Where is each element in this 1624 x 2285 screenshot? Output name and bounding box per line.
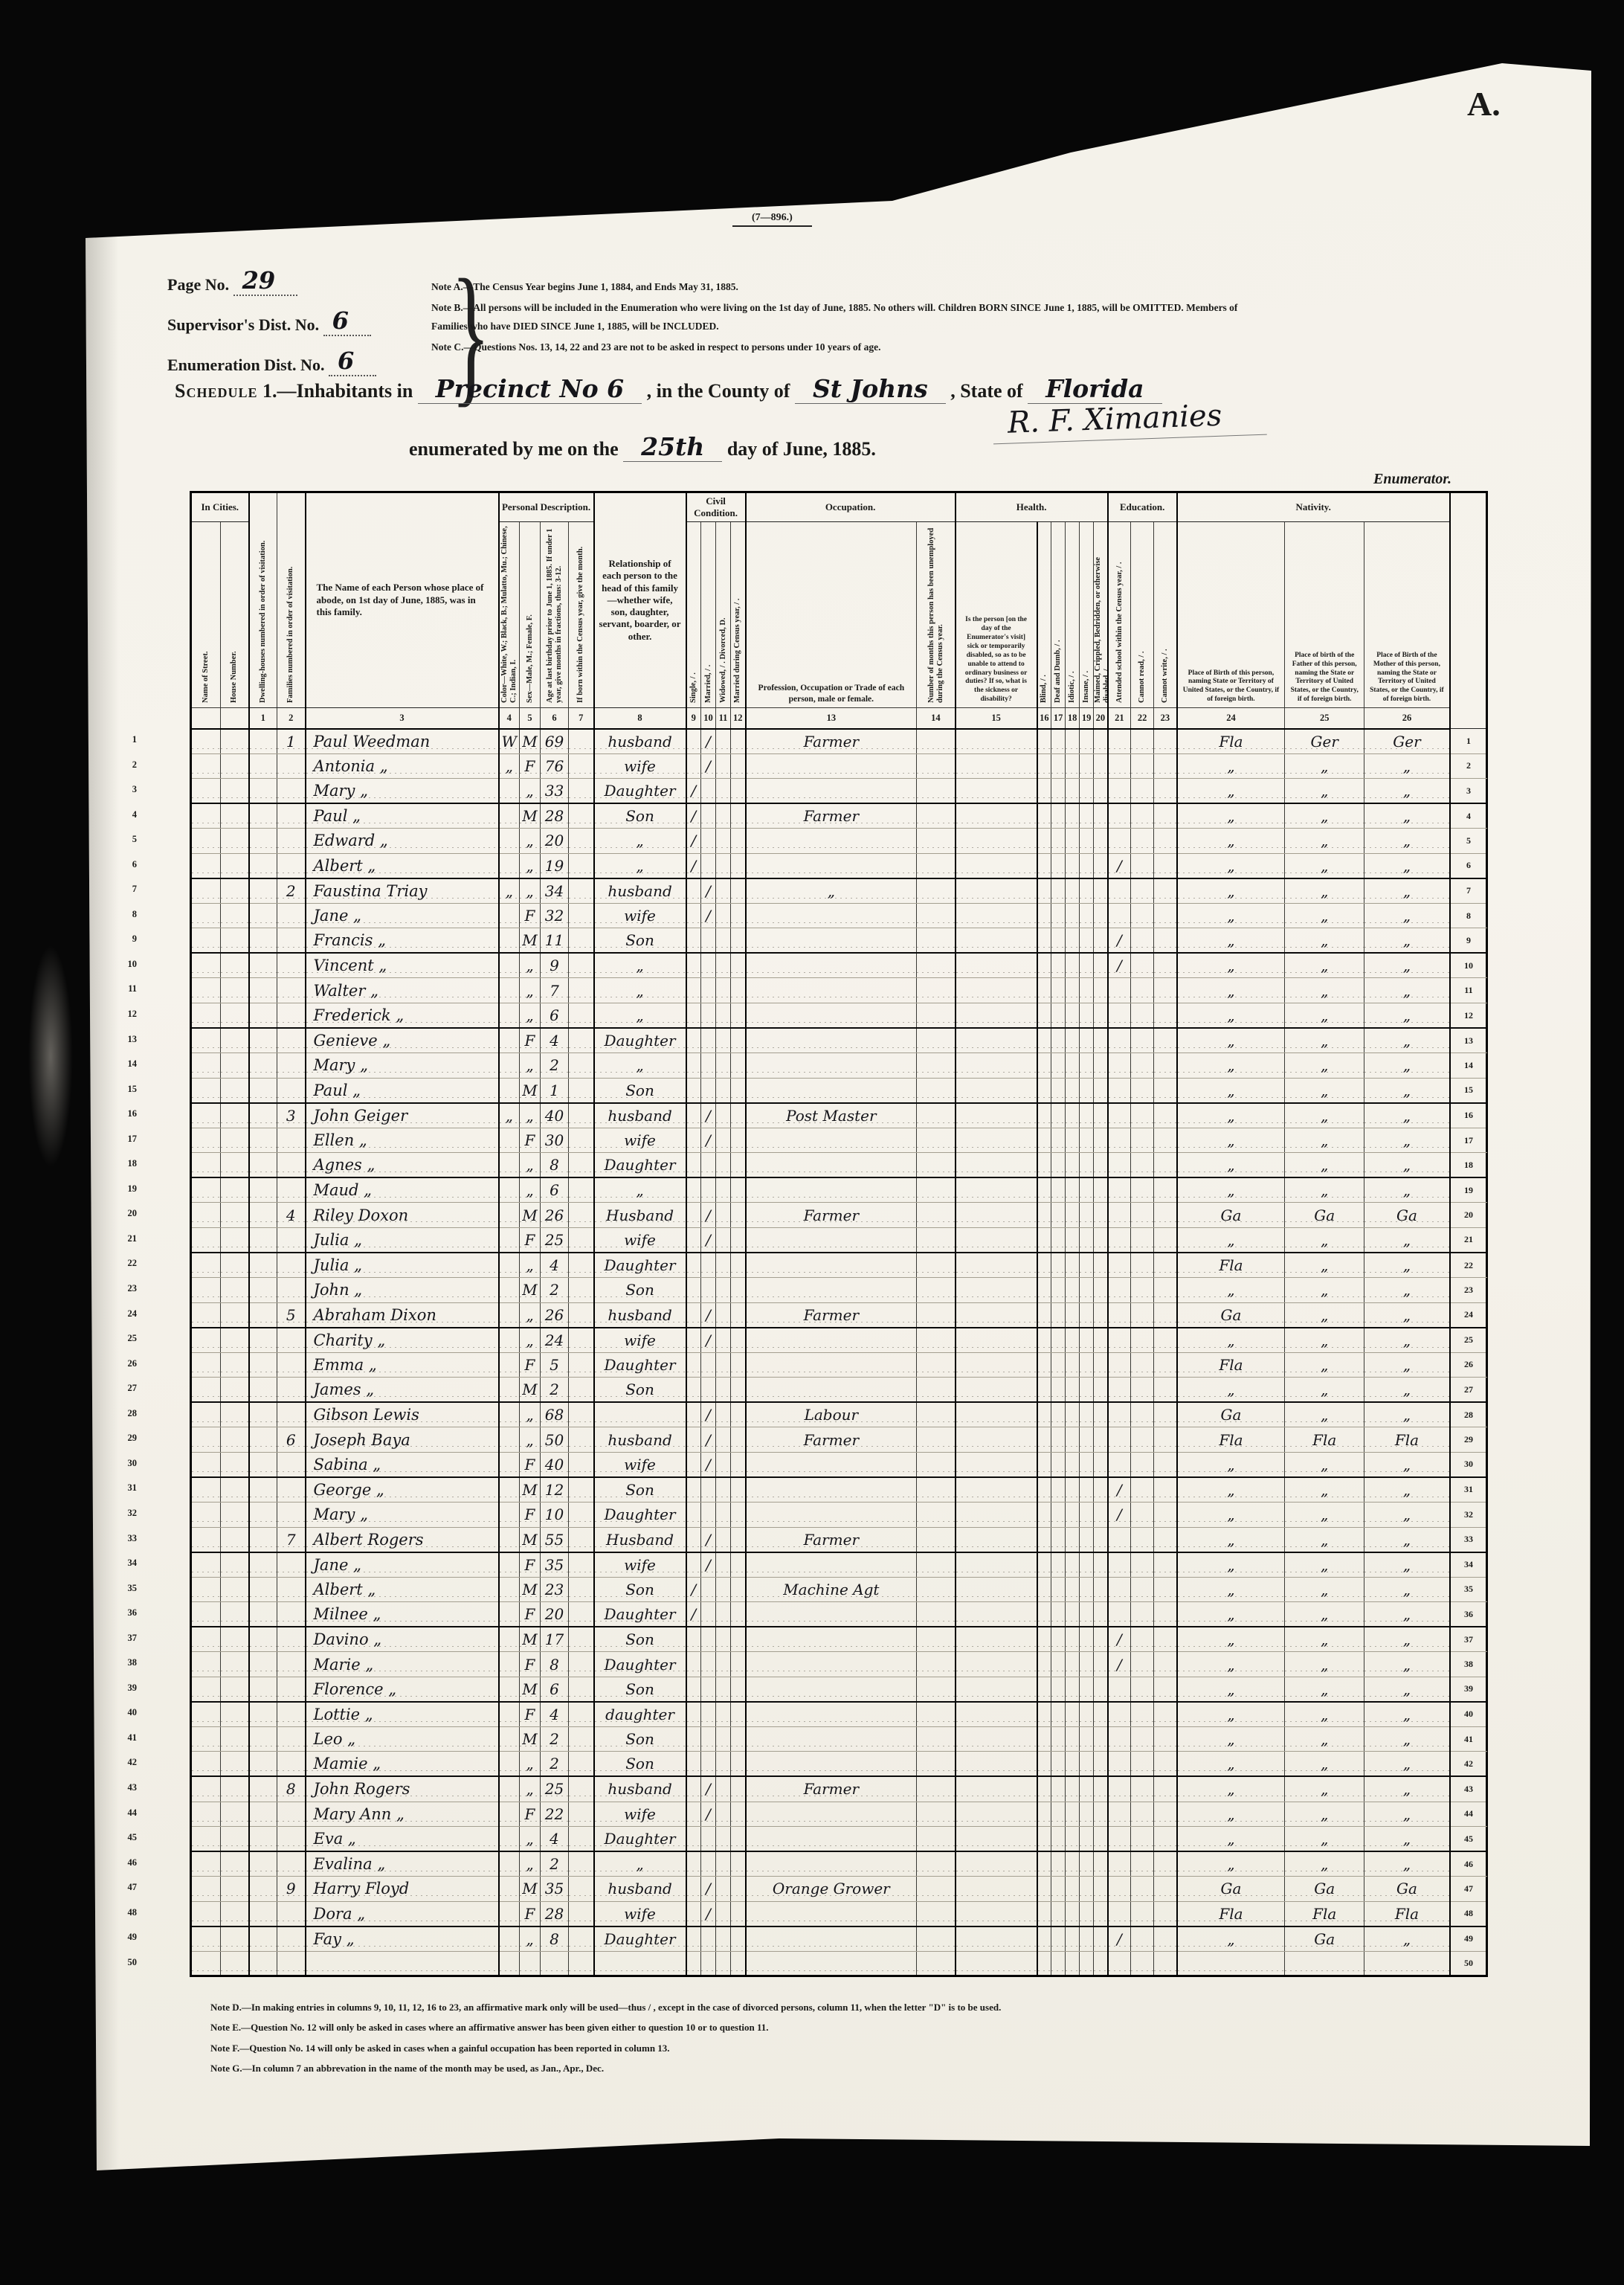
cell-birthplace-mother: „ [1364,1253,1450,1278]
cell-attended-school-mark: / [1108,1926,1131,1952]
cell-idiotic-mark [1066,1527,1080,1552]
cell-relationship: Husband [594,1527,686,1552]
cell-family-number [277,1328,306,1353]
cell-birthplace-mother: „ [1364,953,1450,978]
row-number: 50 [1450,1951,1487,1976]
col-dwelling-header: Dwelling-houses numbered in order of vis… [249,492,277,708]
cell-single-mark [686,1203,701,1228]
cell-birthplace-mother: „ [1364,1328,1450,1353]
cell-idiotic-mark [1066,1951,1080,1976]
cell-married-mark [701,1602,716,1627]
cell-unemployed-months [917,1602,956,1627]
cell-blind-mark [1037,1452,1051,1477]
cell-married-mark: / [701,1527,716,1552]
cell-sex: F [520,1702,541,1727]
cell-insane-mark [1080,953,1094,978]
cell-maimed-mark [1094,1227,1108,1253]
row-number: 18 [1450,1153,1487,1178]
cell-birthplace-mother: „ [1364,853,1450,878]
enumeration-date-label: day of June, 1885. [727,438,876,460]
cell-maimed-mark [1094,1078,1108,1103]
cell-person-name: Albert Rogers [306,1527,499,1552]
cell-deaf-mark [1051,878,1066,904]
cell-birthplace-mother: „ [1364,903,1450,928]
cell-married-mark: / [701,903,716,928]
state-value: Florida [1028,374,1161,404]
cell-birthplace-mother: „ [1364,1028,1450,1053]
cell-cannot-write-mark [1154,1177,1177,1203]
row-number: 19 [112,1177,137,1202]
cell-street [191,1203,221,1228]
cell-age: 2 [541,1053,569,1079]
cell-married-mark [701,853,716,878]
cell-occupation [746,1227,917,1253]
cell-unemployed-months [917,903,956,928]
table-row: Antonia „„F76wife/„„„2 [191,753,1487,779]
row-number: 5 [1450,829,1487,854]
cell-idiotic-mark [1066,803,1080,829]
cell-person-name: Paul „ [306,803,499,829]
cell-idiotic-mark [1066,1776,1080,1802]
cell-family-number [277,853,306,878]
cell-sickness [956,1577,1037,1602]
cell-house-number [221,1877,249,1902]
cell-insane-mark [1080,1452,1094,1477]
cell-cannot-write-mark [1154,1477,1177,1503]
cell-birthplace-father: Fla [1285,1427,1364,1453]
cell-married-in-year-mark [731,1602,746,1627]
cell-blind-mark [1037,1552,1051,1578]
cell-birthplace-father: „ [1285,1153,1364,1178]
cell-maimed-mark [1094,1901,1108,1926]
cell-cannot-write-mark [1154,1502,1177,1527]
cell-blind-mark [1037,1278,1051,1303]
cell-insane-mark [1080,1028,1094,1053]
cell-married-mark [701,1502,716,1527]
cell-widowed-mark [716,878,731,904]
cell-married-mark [701,1677,716,1702]
cell-deaf-mark [1051,1053,1066,1079]
row-number: 23 [1450,1278,1487,1303]
cell-birth-month [569,1802,594,1827]
cell-age: 33 [541,779,569,804]
cell-sickness [956,1702,1037,1727]
cell-blind-mark [1037,1328,1051,1353]
cell-widowed-mark [716,1877,731,1902]
cell-attended-school-mark [1108,1877,1131,1902]
cell-married-mark [701,1153,716,1178]
cell-birthplace-person: „ [1177,1003,1285,1029]
table-row: Gibson Lewis„68/LabourGa„„28 [191,1402,1487,1427]
cell-relationship: Daughter [594,1827,686,1852]
cell-street [191,1926,221,1952]
cell-widowed-mark [716,1328,731,1353]
cell-occupation [746,953,917,978]
cell-family-number [277,1128,306,1153]
cell-age: 6 [541,1003,569,1029]
cell-unemployed-months [917,1402,956,1427]
row-number: 2 [1450,753,1487,779]
cell-sex: F [520,1352,541,1378]
census-table: In Cities. Dwelling-houses numbered in o… [190,491,1488,1977]
cell-relationship: „ [594,978,686,1003]
cell-color [499,1577,520,1602]
cell-blind-mark [1037,1427,1051,1453]
cell-maimed-mark [1094,729,1108,754]
cell-birthplace-person: „ [1177,1702,1285,1727]
cell-single-mark: / [686,829,701,854]
cell-relationship: Son [594,1577,686,1602]
cell-birthplace-father: „ [1285,1053,1364,1079]
row-number: 26 [112,1352,137,1377]
cell-street [191,1901,221,1926]
cell-maimed-mark [1094,1253,1108,1278]
cell-age: 68 [541,1402,569,1427]
cell-relationship: „ [594,829,686,854]
cell-maimed-mark [1094,779,1108,804]
cell-dwelling-number [249,753,277,779]
cell-birthplace-mother: „ [1364,1003,1450,1029]
cell-idiotic-mark [1066,953,1080,978]
cell-sickness [956,1177,1037,1203]
cell-deaf-mark [1051,903,1066,928]
cell-birthplace-person: „ [1177,1477,1285,1503]
cell-cannot-write-mark [1154,1752,1177,1777]
cell-cannot-write-mark [1154,1078,1177,1103]
cell-cannot-write-mark [1154,978,1177,1003]
cell-birthplace-father [1285,1951,1364,1976]
cell-birthplace-mother: „ [1364,1577,1450,1602]
cell-birthplace-person: „ [1177,1827,1285,1852]
cell-unemployed-months [917,1702,956,1727]
col-widowed-header: Widowed, / . Divorced, D. [716,522,731,708]
cell-occupation [746,1477,917,1503]
cell-blind-mark [1037,1627,1051,1652]
col-sickness-header: Is the person [on the day of the Enumera… [956,522,1037,708]
cell-maimed-mark [1094,1877,1108,1902]
cell-sex: M [520,1203,541,1228]
cell-house-number [221,1477,249,1503]
column-number: 5 [520,708,541,729]
cell-color [499,1053,520,1079]
cell-widowed-mark [716,803,731,829]
cell-dwelling-number [249,1677,277,1702]
cell-insane-mark [1080,1278,1094,1303]
cell-idiotic-mark [1066,1926,1080,1952]
cell-house-number [221,1203,249,1228]
cell-sickness [956,928,1037,954]
cell-married-mark [701,1951,716,1976]
cell-sex: F [520,1602,541,1627]
cell-insane-mark [1080,1128,1094,1153]
cell-single-mark [686,1802,701,1827]
cell-color: W [499,729,520,754]
cell-birth-month [569,1253,594,1278]
table-row: Paul „M28Son/Farmer„„„4 [191,803,1487,829]
cell-birthplace-person: „ [1177,1078,1285,1103]
cell-cannot-write-mark [1154,1402,1177,1427]
cell-maimed-mark [1094,1726,1108,1752]
cell-dwelling-number [249,1103,277,1128]
cell-unemployed-months [917,1901,956,1926]
cell-street [191,1278,221,1303]
table-row: Mary „F10Daughter/„„„32 [191,1502,1487,1527]
row-number: 33 [112,1526,137,1552]
cell-sickness [956,1752,1037,1777]
cell-birthplace-person: „ [1177,1153,1285,1178]
cell-birthplace-father: „ [1285,1402,1364,1427]
col-birthplace-father-header: Place of birth of the Father of this per… [1285,522,1364,708]
cell-house-number [221,1552,249,1578]
cell-maimed-mark [1094,1926,1108,1952]
cell-maimed-mark [1094,829,1108,854]
cell-attended-school-mark: / [1108,928,1131,954]
cell-maimed-mark [1094,853,1108,878]
cell-birth-month [569,1827,594,1852]
cell-widowed-mark [716,1602,731,1627]
cell-relationship: husband [594,1103,686,1128]
cell-insane-mark [1080,978,1094,1003]
group-civil-condition: Civil Condition. [686,492,746,522]
cell-insane-mark [1080,1752,1094,1777]
cell-attended-school-mark [1108,1527,1131,1552]
cell-person-name: Evalina „ [306,1851,499,1877]
cell-deaf-mark [1051,1527,1066,1552]
cell-house-number [221,1452,249,1477]
cell-age: 32 [541,903,569,928]
cell-birth-month [569,1627,594,1652]
cell-blind-mark [1037,1003,1051,1029]
cell-widowed-mark [716,1726,731,1752]
cell-widowed-mark [716,829,731,854]
cell-unemployed-months [917,1502,956,1527]
cell-attended-school-mark: / [1108,1652,1131,1677]
cell-blind-mark [1037,753,1051,779]
cell-relationship: Son [594,1627,686,1652]
cell-blind-mark [1037,1153,1051,1178]
table-row: Florence „M6Son„„„39 [191,1677,1487,1702]
cell-sex: M [520,1577,541,1602]
cell-family-number [277,1402,306,1427]
cell-widowed-mark [716,1851,731,1877]
cell-birthplace-father: „ [1285,1702,1364,1727]
column-number: 7 [569,708,594,729]
row-number: 30 [112,1451,137,1476]
cell-cannot-write-mark [1154,1003,1177,1029]
table-row: 2Faustina Triay„„34husband/„„„„7 [191,878,1487,904]
cell-idiotic-mark [1066,1302,1080,1328]
cell-deaf-mark [1051,928,1066,954]
cell-family-number [277,803,306,829]
cell-relationship: Daughter [594,1028,686,1053]
row-number: 29 [112,1426,137,1451]
cell-sickness [956,1627,1037,1652]
cell-cannot-write-mark [1154,1827,1177,1852]
cell-birthplace-person: „ [1177,878,1285,904]
cell-insane-mark [1080,928,1094,954]
header-notes: Note A.—The Census Year begins June 1, 1… [431,277,1257,359]
cell-widowed-mark [716,729,731,754]
cell-unemployed-months [917,1328,956,1353]
cell-relationship: Daughter [594,1652,686,1677]
cell-birth-month [569,1951,594,1976]
cell-birth-month [569,1901,594,1926]
cell-birthplace-person: „ [1177,1053,1285,1079]
row-number: 16 [112,1102,137,1127]
row-numbers-left: 1234567891011121314151617181920212223242… [112,727,137,1975]
cell-attended-school-mark [1108,1726,1131,1752]
cell-attended-school-mark [1108,1128,1131,1153]
cell-color [499,1502,520,1527]
cell-sickness [956,1328,1037,1353]
table-row: 6Joseph Baya„50husband/FarmerFlaFlaFla29 [191,1427,1487,1453]
cell-deaf-mark [1051,1802,1066,1827]
cell-idiotic-mark [1066,1677,1080,1702]
cell-birthplace-mother: „ [1364,753,1450,779]
cell-dwelling-number [249,1153,277,1178]
cell-birthplace-mother: Fla [1364,1901,1450,1926]
row-number: 13 [112,1027,137,1052]
cell-birthplace-person: „ [1177,1726,1285,1752]
cell-occupation [746,1726,917,1752]
col-street-header: Name of Street. [191,522,221,708]
row-number: 34 [1450,1552,1487,1578]
cell-married-mark: / [701,1402,716,1427]
cell-cannot-read-mark [1131,1203,1154,1228]
table-row: Milnee „F20Daughter/„„„36 [191,1602,1487,1627]
column-number: 14 [917,708,956,729]
cell-sex: M [520,1627,541,1652]
cell-relationship: Daughter [594,1926,686,1952]
cell-street [191,1427,221,1453]
cell-unemployed-months [917,1652,956,1677]
cell-insane-mark [1080,1253,1094,1278]
cell-sickness [956,1227,1037,1253]
county-label: , in the County of [647,380,790,402]
cell-birthplace-person: „ [1177,1652,1285,1677]
cell-street [191,1652,221,1677]
cell-relationship: husband [594,878,686,904]
row-number: 15 [112,1077,137,1102]
cell-family-number [277,1726,306,1752]
cell-unemployed-months [917,1103,956,1128]
cell-sickness [956,1477,1037,1503]
census-paper: A. (7—896.) Page No. 29 Supervisor's Dis… [78,63,1595,2176]
enumeration-dist-label: Enumeration Dist. No. [167,356,324,374]
cell-sex: „ [520,1253,541,1278]
cell-blind-mark [1037,878,1051,904]
cell-color [499,953,520,978]
cell-sex: „ [520,1402,541,1427]
cell-maimed-mark [1094,1627,1108,1652]
cell-birth-month [569,1352,594,1378]
cell-widowed-mark [716,1652,731,1677]
cell-married-in-year-mark [731,1877,746,1902]
table-row: 1Paul WeedmanWM69husband/FarmerFlaGerGer… [191,729,1487,754]
cell-cannot-write-mark [1154,1677,1177,1702]
cell-deaf-mark [1051,853,1066,878]
cell-birthplace-mother: Ga [1364,1203,1450,1228]
row-number: 1 [1450,729,1487,754]
row-number: 12 [112,1002,137,1027]
cell-single-mark [686,928,701,954]
cell-age: 4 [541,1028,569,1053]
cell-attended-school-mark [1108,1851,1131,1877]
cell-sex: M [520,1078,541,1103]
cell-blind-mark [1037,1028,1051,1053]
cell-age: 12 [541,1477,569,1503]
cell-cannot-read-mark [1131,1078,1154,1103]
cell-sickness [956,753,1037,779]
cell-family-number [277,1552,306,1578]
cell-relationship: husband [594,729,686,754]
cell-attended-school-mark [1108,1802,1131,1827]
cell-married-in-year-mark [731,1527,746,1552]
cell-dwelling-number [249,1552,277,1578]
cell-street [191,928,221,954]
cell-unemployed-months [917,1253,956,1278]
cell-relationship: Son [594,1078,686,1103]
cell-house-number [221,779,249,804]
cell-age: 8 [541,1926,569,1952]
cell-birthplace-mother: „ [1364,1302,1450,1328]
cell-street [191,1253,221,1278]
cell-maimed-mark [1094,1352,1108,1378]
cell-married-mark: / [701,1328,716,1353]
cell-sex: „ [520,1177,541,1203]
cell-street [191,1752,221,1777]
cell-cannot-read-mark [1131,1951,1154,1976]
cell-family-number [277,1227,306,1253]
table-row: Edward „„20„/„„„5 [191,829,1487,854]
note-b: Note B.—All persons will be included in … [431,298,1257,336]
cell-cannot-write-mark [1154,1378,1177,1403]
cell-age: 10 [541,1502,569,1527]
cell-widowed-mark [716,1103,731,1128]
row-number: 33 [1450,1527,1487,1552]
cell-sex: F [520,903,541,928]
cell-married-in-year-mark [731,1103,746,1128]
cell-cannot-write-mark [1154,1302,1177,1328]
cell-blind-mark [1037,853,1051,878]
cell-unemployed-months [917,1177,956,1203]
column-number: 23 [1154,708,1177,729]
cell-cannot-read-mark [1131,729,1154,754]
cell-sex: F [520,1502,541,1527]
cell-birthplace-person: „ [1177,1502,1285,1527]
cell-street [191,1352,221,1378]
cell-birthplace-father: „ [1285,1752,1364,1777]
cell-attended-school-mark [1108,1177,1131,1203]
cell-relationship: Son [594,1278,686,1303]
cell-sickness [956,1352,1037,1378]
cell-birthplace-father: „ [1285,1602,1364,1627]
cell-deaf-mark [1051,1776,1066,1802]
cell-color [499,1776,520,1802]
cell-widowed-mark [716,1776,731,1802]
cell-house-number [221,1352,249,1378]
cell-insane-mark [1080,779,1094,804]
cell-dwelling-number [249,1352,277,1378]
cell-insane-mark [1080,1378,1094,1403]
cell-age: 2 [541,1726,569,1752]
cell-birthplace-father: „ [1285,878,1364,904]
row-number: 17 [1450,1128,1487,1153]
cell-married-in-year-mark [731,1352,746,1378]
cell-birthplace-person: „ [1177,1128,1285,1153]
cell-birthplace-mother: „ [1364,1776,1450,1802]
cell-sickness [956,1003,1037,1029]
